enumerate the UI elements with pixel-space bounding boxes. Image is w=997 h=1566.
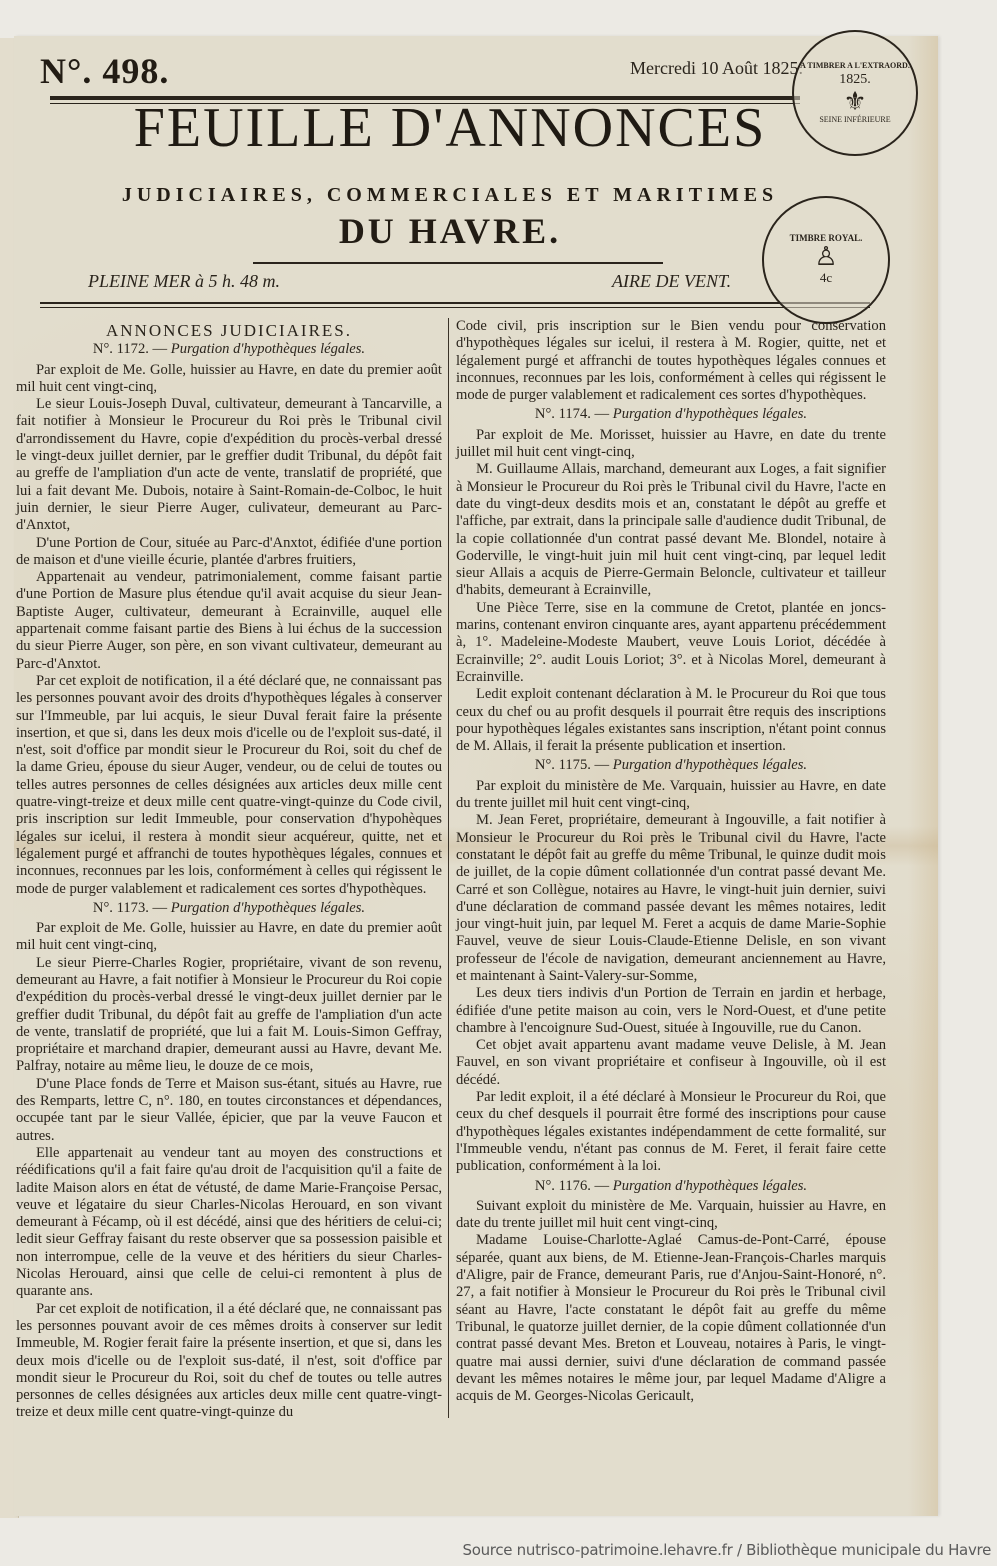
notice-1176: N°. 1176. — Purgation d'hypothèques léga… <box>456 1178 886 1406</box>
notice-paragraph: Une Pièce Terre, sise en la commune de C… <box>456 600 886 686</box>
notice-paragraph: M. Jean Feret, propriétaire, demeurant à… <box>456 812 886 985</box>
source-credit: Source nutrisco-patrimoine.lehavre.fr / … <box>462 1541 991 1559</box>
notice-number: N°. 1174. <box>535 406 591 422</box>
issue-date: Mercredi 10 Août 1825. <box>630 58 803 79</box>
notice-number: N°. 1175. <box>535 757 591 773</box>
right-column: Code civil, pris inscription sur le Bien… <box>456 318 886 1405</box>
allegorical-figure-lyre-icon: ♙ <box>790 244 863 270</box>
left-column: ANNONCES JUDICIAIRES. N°. 1172. — Purgat… <box>16 318 442 1422</box>
high-tide-info: PLEINE MER à 5 h. 48 m. <box>88 271 280 292</box>
stamp-ring-text: A TIMBRER A L'EXTRAORD. <box>800 61 910 71</box>
notice-paragraph: Les deux tiers indivis d'un Portion de T… <box>456 985 886 1037</box>
notice-paragraph: Par exploit de Me. Golle, huissier au Ha… <box>16 920 442 955</box>
notice-title: Purgation d'hypothèques légales. <box>171 341 365 357</box>
newspaper-subtitle: JUDICIAIRES, COMMERCIALES ET MARITIMES <box>55 184 845 207</box>
notice-paragraph: Par exploit de Me. Golle, huissier au Ha… <box>16 362 442 397</box>
notice-header: N°. 1176. — Purgation d'hypothèques léga… <box>456 1178 886 1195</box>
notice-title: Purgation d'hypothèques légales. <box>613 757 807 773</box>
notice-title: Purgation d'hypothèques légales. <box>613 406 807 422</box>
stamp-timbre-royal: TIMBRE ROYAL. ♙ 4c <box>762 196 890 324</box>
stamp-bottom-text: SEINE INFÉRIEURE <box>800 115 910 125</box>
notice-header: N°. 1174. — Purgation d'hypothèques léga… <box>456 406 886 423</box>
notice-title: Purgation d'hypothèques légales. <box>171 900 365 916</box>
notice-number: N°. 1172. <box>93 341 149 357</box>
masthead-rule-bottom-thin <box>40 307 870 308</box>
notice-1173: N°. 1173. — Purgation d'hypothèques léga… <box>16 900 442 1422</box>
issue-number: N°. 498. <box>40 50 169 92</box>
notice-paragraph: Le sieur Louis-Joseph Duval, cultivateur… <box>16 396 442 534</box>
notice-paragraph: Ledit exploit contenant déclaration à M.… <box>456 686 886 755</box>
notice-paragraph: M. Guillaume Allais, marchand, demeurant… <box>456 461 886 599</box>
notice-number: N°. 1173. <box>93 900 149 916</box>
notice-paragraph: D'une Portion de Cour, située au Parc-d'… <box>16 535 442 570</box>
wind-direction-info: AIRE DE VENT. <box>612 271 731 292</box>
newspaper-title: FEUILLE D'ANNONCES <box>100 100 800 156</box>
masthead-rule-mid <box>253 262 663 264</box>
column-divider <box>448 318 449 1418</box>
notice-paragraph: Par exploit du ministère de Me. Varquain… <box>456 778 886 813</box>
notice-paragraph: Par ledit exploit, il a été déclaré à Mo… <box>456 1089 886 1175</box>
notice-1175: N°. 1175. — Purgation d'hypothèques léga… <box>456 757 886 1175</box>
fleur-de-lis-shield-icon: ⚜ <box>800 89 910 115</box>
notice-paragraph: Cet objet avait appartenu avant madame v… <box>456 1037 886 1089</box>
notice-paragraph: Le sieur Pierre-Charles Rogier, propriét… <box>16 955 442 1076</box>
notice-header: N°. 1173. — Purgation d'hypothèques léga… <box>16 900 442 917</box>
stamp-extraordinaire: A TIMBRER A L'EXTRAORD. 1825. ⚜ SEINE IN… <box>792 30 918 156</box>
notice-paragraph: Appartenait au vendeur, patrimonialement… <box>16 569 442 673</box>
continuation-paragraph: Code civil, pris inscription sur le Bien… <box>456 318 886 404</box>
notice-paragraph: Par cet exploit de notification, il a ét… <box>16 1301 442 1422</box>
notice-paragraph: Elle appartenait au vendeur tant au moye… <box>16 1145 442 1301</box>
notice-header: N°. 1172. — Purgation d'hypothèques léga… <box>16 341 442 358</box>
notice-paragraph: Suivant exploit du ministère de Me. Varq… <box>456 1198 886 1233</box>
notice-paragraph: D'une Place fonds de Terre et Maison sus… <box>16 1076 442 1145</box>
notice-paragraph: Madame Louise-Charlotte-Aglaé Camus-de-P… <box>456 1232 886 1405</box>
notice-1172: N°. 1172. — Purgation d'hypothèques léga… <box>16 341 442 898</box>
notice-header: N°. 1175. — Purgation d'hypothèques léga… <box>456 757 886 774</box>
section-title: ANNONCES JUDICIAIRES. <box>16 322 442 339</box>
notice-number: N°. 1176. <box>535 1178 591 1194</box>
notice-1174: N°. 1174. — Purgation d'hypothèques léga… <box>456 406 886 755</box>
newspaper-city: DU HAVRE. <box>300 210 600 252</box>
masthead-rule-bottom <box>40 302 870 304</box>
notice-title: Purgation d'hypothèques légales. <box>613 1178 807 1194</box>
notice-paragraph: Par exploit de Me. Morisset, huissier au… <box>456 427 886 462</box>
notice-paragraph: Par cet exploit de notification, il a ét… <box>16 673 442 898</box>
stamp-value: 4c <box>790 270 863 287</box>
